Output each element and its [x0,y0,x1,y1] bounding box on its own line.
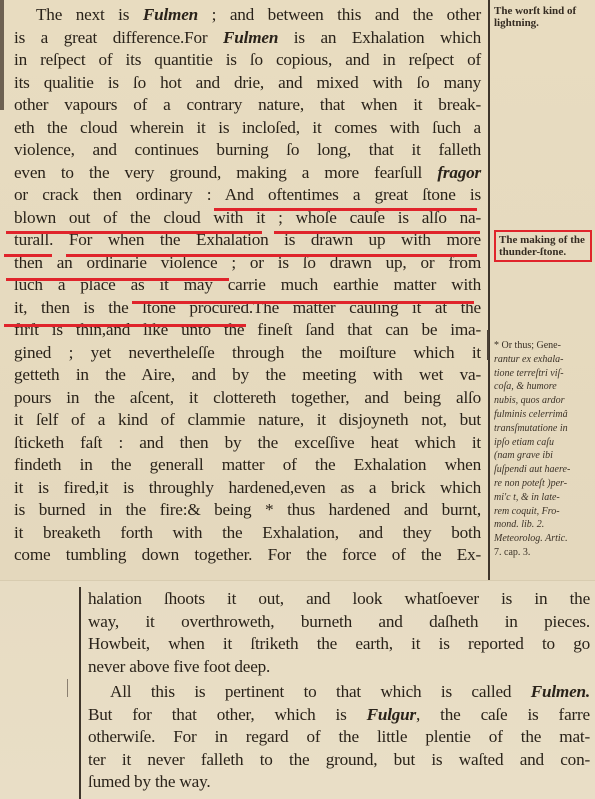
text-line: it ſelf of a kind of clammie nature, it … [14,409,481,431]
text-line: violence, and continues burning ſo long,… [14,139,481,161]
page-edge [0,0,4,110]
text-line: But for that other, which is Fulgur, the… [88,704,590,726]
footnote-line: mi'c t, & in late- [494,491,586,505]
footnote-line: tione terreſtri viſ- [494,367,586,381]
text-line: ter it never falleth to the ground, but … [88,749,590,771]
text-line: ſticketh faſt : and then by the exceſſiv… [14,432,481,454]
text-line: ſumed by the way. [88,771,590,793]
text-line: is burned in the fire:& being * thus har… [14,499,481,521]
text-line: halation ſhoots it out, and look whatſoe… [88,588,590,610]
highlight-underline [4,254,52,257]
page-scan-bottom: halation ſhoots it out, and look whatſoe… [0,580,595,799]
footnote-line: (nam grave ibi [494,449,586,463]
text-line: or crack then ordinary : And oftentimes … [14,184,481,206]
highlight-underline [6,278,229,281]
page-scan-top: The next is Fulmen ; and between this an… [0,0,595,580]
footnote-rule [487,330,489,360]
text-line: is a great difference.For Fulmen is an E… [14,27,481,49]
page-mark [67,679,68,697]
footnote-line: fulminis celerrimâ [494,408,586,422]
text-line: its qualitie is ſo hot and drie, and mix… [14,72,481,94]
text-line: it is fired,it is throughly hardened,eve… [14,477,481,499]
text-line: in reſpect of its quantitie is ſo copiou… [14,49,481,71]
text-line: Howbeit, when it ſtriketh the earth, it … [88,633,590,655]
text-line: otherwiſe. For in regard of the little p… [88,726,590,748]
text-line: firſt is thin,and like unto the fineſt ſ… [14,319,481,341]
text-line: it, then is the ſtone procured.The matte… [14,297,481,319]
footnote-line: * Or thus; Gene- [494,339,586,353]
footnote-line: nubis, quos ardor [494,394,586,408]
footnote-line: ipſo etiam caſu [494,436,586,450]
column-rule [79,587,81,799]
text-line: gined ; yet neverthelеſſe through the mo… [14,342,481,364]
text-line: even to the very ground, making a more f… [14,162,481,184]
footnote-line: ſuſpendi aut haere- [494,463,586,477]
footnote-line: mond. lib. 2. [494,518,586,532]
footnote-line: re non poteſt )per- [494,477,586,491]
margin-note-boxed: The making of the thunder-ſtone. [494,230,592,262]
text-line: other vapours of a contrary nature, that… [14,94,481,116]
text-line: come tumbling down together. For the for… [14,544,481,566]
highlight-underline [4,324,246,327]
footnote-line: Meteorolog. Artic. [494,532,586,546]
text-line: findeth in the generall matter of the Ex… [14,454,481,476]
text-line: never above five foot deep. [88,656,590,678]
text-line: it breaketh forth with the Exhalation, a… [14,522,481,544]
text-line: way, it overthroweth, burneth and daſhet… [88,611,590,633]
text-line: All this is pertinent to that which is c… [88,681,590,703]
footnote-line: coſa, & humore [494,380,586,394]
text-line: The next is Fulmen ; and between this an… [14,4,481,26]
margin-note: The worſt kind of lightning. [494,5,594,29]
highlight-underline [6,231,262,234]
highlight-underline [214,208,477,211]
highlight-underline [132,301,474,304]
footnote-line: rantur ex exhala- [494,353,586,367]
highlight-underline [66,254,477,257]
column-rule [488,0,490,580]
text-line: getteth in the Aire, and by the meeting … [14,364,481,386]
text-line: eth the cloud wherein it is incloſed, it… [14,117,481,139]
text-line: pours in the aſcent, it clottereth toget… [14,387,481,409]
highlight-underline [274,231,480,234]
footnote-line: transſmutatione in [494,422,586,436]
footnote-line: 7. cap. 3. [494,546,586,560]
footnote-line: rem coquit, Fro- [494,505,586,519]
footnote: * Or thus; Gene- rantur ex exhala- tione… [494,339,586,560]
